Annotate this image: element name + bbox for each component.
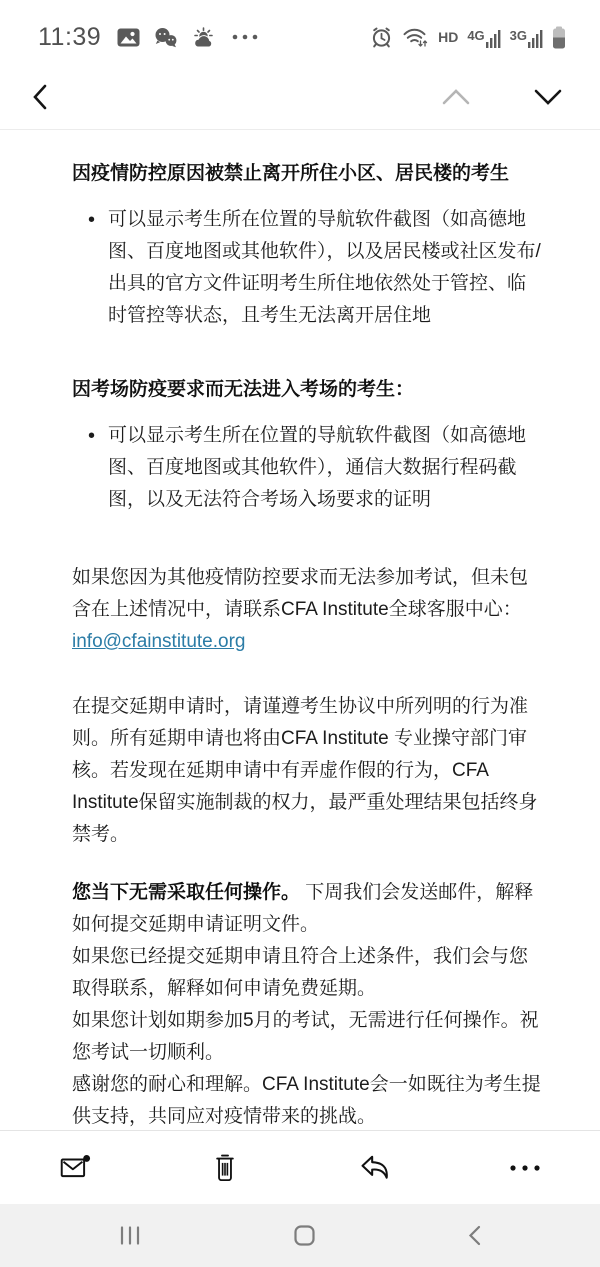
list-item: 可以显示考生所在位置的导航软件截图（如高德地图、百度地图或其他软件），通信大数据… — [72, 420, 544, 516]
list-item: 可以显示考生所在位置的导航软件截图（如高德地图、百度地图或其他软件），以及居民楼… — [72, 204, 544, 332]
contact-paragraph: 如果您因为其他疫情防控要求而无法参加考试，但未包含在上述情况中，请联系CFA I… — [72, 562, 544, 658]
home-icon — [293, 1224, 316, 1247]
section-heading-venue: 因考场防疫要求而无法进入考场的考生： — [72, 374, 544, 406]
thanks-line: 感谢您的耐心和理解。CFA Institute会一如既往为考生提供支持，共同应对… — [72, 1069, 544, 1130]
conduct-paragraph: 在提交延期申请时，请谨遵考生协议中所列明的行为准则。所有延期申请也将由CFA I… — [72, 691, 544, 851]
recent-apps-button[interactable] — [110, 1217, 150, 1254]
action-paragraph: 您当下无需采取任何操作。 下周我们会发送邮件，解释如何提交延期申请证明文件。 如… — [72, 877, 544, 1130]
may-exam-line: 如果您计划如期参加5月的考试，无需进行任何操作。祝您考试一切顺利。 — [72, 1005, 544, 1069]
recent-apps-icon — [118, 1225, 142, 1246]
back-button[interactable] — [20, 75, 62, 119]
next-email-button[interactable] — [526, 81, 570, 113]
email-body: 因疫情防控原因被禁止离开所住小区、居民楼的考生 可以显示考生所在位置的导航软件截… — [0, 130, 600, 1130]
followup-line: 如果您已经提交延期申请且符合上述条件，我们会与您取得联系，解释如何申请免费延期。 — [72, 941, 544, 1005]
clock-time: 11:39 — [38, 23, 101, 52]
wifi-icon — [402, 26, 429, 48]
hd-indicator: HD — [438, 29, 458, 45]
system-status-icons: HD 4G 3G — [370, 26, 566, 49]
home-button[interactable] — [285, 1216, 324, 1255]
previous-email-button[interactable] — [434, 81, 478, 113]
reply-button[interactable] — [300, 1131, 450, 1204]
venue-proof-list: 可以显示考生所在位置的导航软件截图（如高德地图、百度地图或其他软件），通信大数据… — [72, 420, 544, 516]
action-line: 您当下无需采取任何操作。 下周我们会发送邮件，解释如何提交延期申请证明文件。 — [72, 877, 544, 941]
delete-button[interactable] — [150, 1131, 300, 1204]
no-action-bold-text: 您当下无需采取任何操作。 — [72, 882, 300, 903]
signal-3g: 3G — [510, 27, 543, 48]
system-back-icon — [466, 1224, 482, 1247]
email-address-link[interactable]: info@cfainstitute.org — [72, 626, 246, 658]
alarm-icon — [370, 26, 393, 49]
lockdown-proof-list: 可以显示考生所在位置的导航软件截图（如高德地图、百度地图或其他软件），以及居民楼… — [72, 204, 544, 332]
email-action-toolbar — [0, 1130, 600, 1204]
weather-icon — [192, 27, 218, 48]
gallery-icon — [117, 28, 140, 47]
contact-text: 如果您因为其他疫情防控要求而无法参加考试，但未包含在上述情况中，请联系CFA I… — [72, 567, 528, 620]
system-back-button[interactable] — [458, 1216, 490, 1255]
system-navigation-bar — [0, 1204, 600, 1267]
phone-screen: 11:39 — [0, 0, 600, 1267]
mark-unread-icon — [60, 1154, 91, 1181]
battery-icon — [552, 26, 566, 49]
wechat-icon — [153, 27, 179, 48]
email-nav-header — [0, 64, 600, 130]
more-options-button[interactable] — [450, 1131, 600, 1204]
reply-icon — [358, 1153, 392, 1182]
more-options-icon — [508, 1164, 542, 1172]
mark-unread-button[interactable] — [0, 1131, 150, 1204]
status-bar: 11:39 — [0, 0, 600, 64]
notification-icons — [117, 27, 259, 48]
section-heading-lockdown: 因疫情防控原因被禁止离开所住小区、居民楼的考生 — [72, 158, 544, 190]
signal-4g: 4G — [467, 27, 500, 48]
more-notifications-icon — [231, 33, 259, 41]
delete-icon — [212, 1153, 238, 1183]
